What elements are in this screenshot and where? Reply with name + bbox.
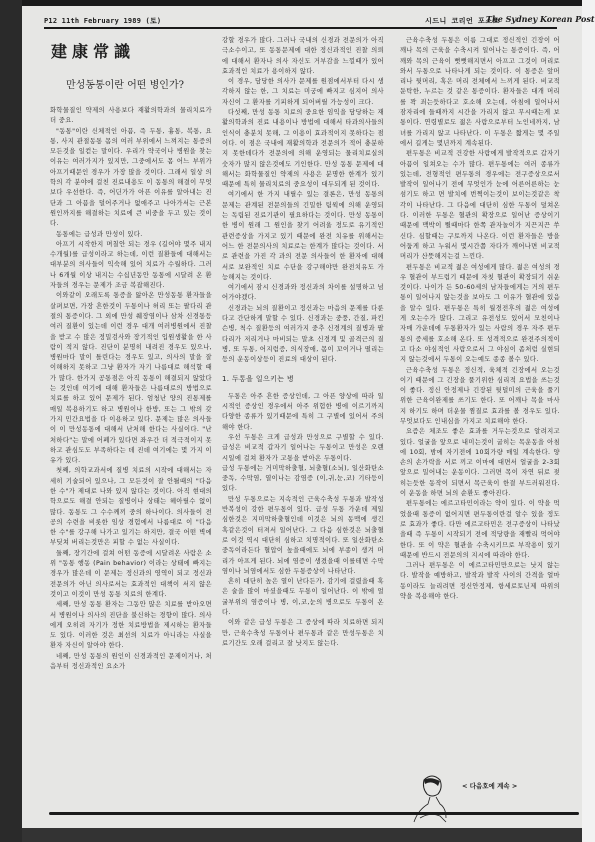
paragraph: 둘째, 장기간에 걸쳐 어떤 동증에 시달려온 사람은 소위 "동통 행동 (P… [50,549,212,600]
paragraph: 여기에서 잠시 신경과와 정신과의 차이를 설명하고 넘어가야겠다. [222,283,384,304]
sketch-of-woman-icon [410,772,456,828]
paragraph: 편두통은 비교적 젊은 여성에게 많다. 젊은 여성의 경우 혈관이 부드럽기 … [400,263,560,366]
paragraph: 요즘은 체조도 좋은 효과를 거두는것으로 알려지고 있다. 얼굴을 앞으로 내… [400,427,560,499]
article-column-3: 근육수축성 두통은 이름 그대로 정신적인 긴장이 어깨나 목의 근육을 수축시… [400,36,560,602]
paragraph: 신경과는 뇌의 질환이고 정신과는 마음의 문제를 다룬다고 간단하게 말할 수… [222,304,384,366]
continued-note: < 다음호에 계속 > [462,781,517,790]
header-rule [44,27,557,29]
paragraph: 만성 두통으로는 지속적인 근육수축성 두통과 발작성 반복성이 강한 편두통이… [222,495,384,577]
paragraph: "동통"이란 신체적인 아픔, 즉 두통, 흉통, 복통, 요통, 사지 관절동… [50,127,212,230]
paragraph: 근육수축성 두통은 이름 그대로 정신적인 긴장이 어깨나 목의 근육을 수축시… [400,36,560,149]
paragraph: 그러나 편두통은 이 에르고타민만으로는 낫지 않는다. 발작을 예방하고, 발… [400,561,560,602]
paragraph: 동통에는 급성과 만성이 있다. [50,230,212,240]
article-column-2: 강할 경우가 많다. 그러나 국내의 신경과 전문의가 아직 극소수이고, 또 … [222,36,384,649]
section-title: 建康常識 [51,39,135,62]
article-column-1: 화학물질인 약제의 사용보다 재활의학과의 물리치료가 더 중요."동통"이란 … [50,106,212,672]
paragraph: 이 경우, 담당한 의사가 문제를 원점에서부터 다시 생각하지 않는 한, 그… [222,77,384,108]
paragraph: 여기에서 한 가지 내릴수 있는 결론은, 만성 동통의 문제는 관계된 전문의… [222,190,384,283]
footer-rule [49,812,579,815]
page-date: P12 11th February 1989 (토) [44,16,161,26]
article-headline: 만성동통이란 어떤 병인가? [40,76,210,91]
paragraph: 우선 두통은 크게 급성과 만성으로 구별할 수 있다. 급성은 비교적 갑자기… [222,433,384,464]
paragraph: 이와같이 오래도록 통증을 앓아온 만성동통 환자들을 살펴보면, 가장 흔한것… [50,291,212,466]
paragraph: 강할 경우가 많다. 그러나 국내의 신경과 전문의가 아직 극소수이고, 또 … [222,36,384,77]
paragraph: 두통은 아주 흔한 증상인데, 그 아픈 양상에 따라 일시적인 증상인 경우에… [222,392,384,433]
paper-name-english: The Sydney Korean Post [486,14,595,24]
paragraph: 네째, 만성 동통의 원인이 신경과적인 문제이거나, 처음부터 정신과적인 요… [50,652,212,673]
subheading: 1. 두통을 일으키는 병 [222,374,384,384]
paragraph: 흔히 대단히 높은 열이 난다든가, 감기에 걸렸을때 혹은 술을 많이 마셨을… [222,577,384,618]
masthead: P12 11th February 1989 (토) 시드니 코리언 포스트 T… [44,14,544,28]
paragraph: 아프기 시작한지 며칠안 되는 경우 (길어야 몇주 내지 수개월)를 급성이라… [50,240,212,291]
paragraph: 편두통은 비교적 건강한 사람에게 발작적으로 갑자기 아픔이 일쳐오는 수가 … [400,149,560,262]
bottom-border [22,828,582,842]
paragraph: 다섯째, 만성 동통 치료의 중요한 임익을 담당하는 재활의학과의 진료 내용… [222,108,384,190]
paragraph: 근육수축성 두통은 정신적, 육체적 긴장에서 오는것이기 때문에 그 긴장을 … [400,366,560,428]
paragraph: 급성 두통에는 거미막하출혈, 뇌출혈(소뇌), 일산화탄소 중독, 수막염, … [222,464,384,495]
paragraph: 세째, 만성 동통 환자는 그동안 많은 치료를 받아오면서 병원이나 의사의 … [50,600,212,651]
paragraph: 이와 같은 급성 두통은 그 증상에 따라 치료하면 되지만, 근육수축성 두통… [222,618,384,649]
page-edge [582,0,595,842]
paragraph: 화학물질인 약제의 사용보다 재활의학과의 물리치료가 더 중요. [50,106,212,127]
paragraph: 첫째, 의학교과서에 질병 치료의 시작에 대해서는 자세히 기술되어 있으나,… [50,466,212,548]
paragraph: 편두통에는 에르고타민이라는 약이 있다. 이 약을 먹었을때 통증이 없어지면… [400,499,560,561]
